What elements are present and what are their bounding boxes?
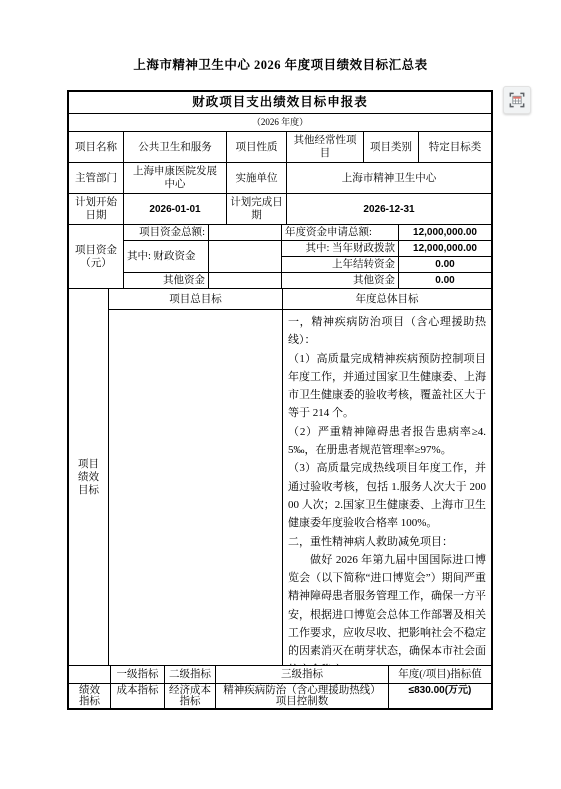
indicator-level2: 经济成本指标: [165, 684, 216, 708]
other-fund-right-value: 0.00: [399, 273, 491, 289]
table-capture-icon: [507, 90, 527, 110]
project-name-value: 公共卫生和服务: [124, 132, 227, 163]
indicator-level1: 成本指标: [111, 684, 165, 708]
current-grant-label: 其中: 当年财政拨款: [282, 241, 399, 257]
form-header-section: 财政项目支出绩效目标申报表 （2026 年度）: [69, 92, 491, 132]
fiscal-fund-label: 其中: 财政资金: [124, 241, 209, 273]
project-nature-value: 其他经常性项目: [287, 132, 364, 163]
indicators-section: 一级指标 二级指标 三级指标 年度(/项目)指标值 绩效 指标 成本指标 经济成…: [69, 666, 491, 708]
project-nature-label: 项目性质: [227, 132, 287, 163]
indicator-level3: 精神疾病防治（含心理援助热线）项目控制数: [216, 684, 389, 708]
indicator-side-label: 绩效 指标: [69, 684, 111, 708]
dept-value: 上海申康医院发展中心: [124, 163, 227, 194]
carryover-value: 0.00: [399, 257, 491, 273]
fiscal-fund-value: [209, 241, 282, 273]
level2-header: 二级指标: [165, 666, 216, 684]
table-capture-button[interactable]: [503, 86, 531, 114]
carryover-label: 上年结转资金: [282, 257, 399, 273]
other-fund-left-label: 其他资金: [124, 273, 209, 289]
overall-goal-text: [109, 310, 283, 666]
project-category-value: 特定目标类: [419, 132, 491, 163]
start-date-label: 计划开始日期: [69, 194, 124, 225]
goals-section: 项目 绩效 目标 项目总目标 年度总体目标 一，精神疾病防治项目（含心理援助热线…: [69, 289, 491, 666]
annual-goal-text: 一，精神疾病防治项目（含心理援助热线）： （1）高质量完成精神疾病预防控制项目年…: [283, 310, 491, 666]
dept-label: 主管部门: [69, 163, 124, 194]
start-date-value: 2026-01-01: [124, 194, 227, 225]
annual-total-value: 12,000,000.00: [399, 225, 491, 241]
funding-total-value: [209, 225, 282, 241]
level3-header: 三级指标: [216, 666, 389, 684]
page-title: 上海市精神卫生中心 2026 年度项目绩效目标汇总表: [0, 55, 561, 73]
current-grant-value: 12,000,000.00: [399, 241, 491, 257]
performance-target-form: 财政项目支出绩效目标申报表 （2026 年度） 项目名称 公共卫生和服务 项目性…: [67, 90, 493, 710]
other-fund-right-label: 其他资金: [282, 273, 399, 289]
overall-goal-header: 项目总目标: [109, 289, 283, 310]
basic-info-section: 项目名称 公共卫生和服务 项目性质 其他经常性项目 项目类别 特定目标类 主管部…: [69, 132, 491, 225]
level1-header: 一级指标: [111, 666, 165, 684]
unit-label: 实施单位: [227, 163, 287, 194]
form-subtitle: （2026 年度）: [69, 114, 491, 132]
annual-goal-header: 年度总体目标: [283, 289, 491, 310]
unit-value: 上海市精神卫生中心: [287, 163, 491, 194]
indicator-value: ≤830.00(万元): [389, 684, 491, 708]
indicator-value-header: 年度(/项目)指标值: [389, 666, 491, 684]
funding-section: 项目资金 （元） 项目资金总额: 年度资金申请总额: 12,000,000.00…: [69, 225, 491, 289]
annual-total-label: 年度资金申请总额:: [282, 225, 399, 241]
other-fund-left-value: [209, 273, 282, 289]
goals-side-label: 项目 绩效 目标: [69, 289, 109, 666]
form-title: 财政项目支出绩效目标申报表: [69, 92, 491, 114]
end-date-label: 计划完成日期: [227, 194, 287, 225]
funding-side-label: 项目资金 （元）: [69, 225, 124, 289]
end-date-value: 2026-12-31: [287, 194, 491, 225]
funding-total-label: 项目资金总额:: [124, 225, 209, 241]
indicator-corner-cell: [69, 666, 111, 684]
project-name-label: 项目名称: [69, 132, 124, 163]
project-category-label: 项目类别: [364, 132, 419, 163]
